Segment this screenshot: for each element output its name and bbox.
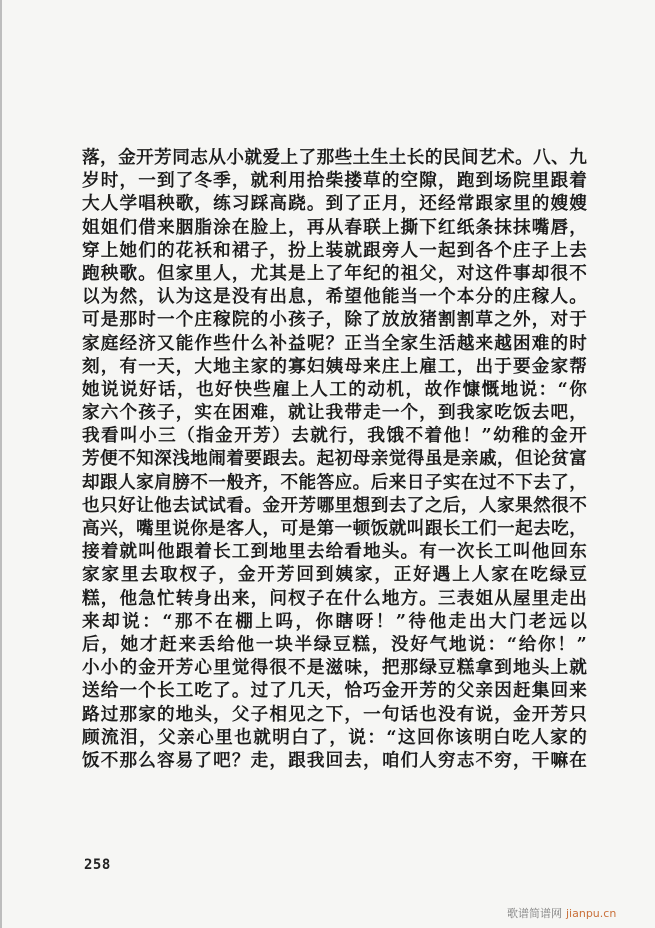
text-line: 家六个孩子，实在困难，就让我带走一个，到我家吃饭去吧， bbox=[82, 401, 587, 424]
text-line: 糕，他急忙转身出来，问杈子在什么地方。三表姐从屋里走出 bbox=[82, 587, 587, 610]
page-number: 258 bbox=[84, 857, 111, 873]
text-line: 顾流泪，父亲心里也就明白了，说：“这回你该明白吃人家的 bbox=[82, 726, 587, 749]
text-line: 穿上她们的花袄和裙子，扮上装就跟旁人一起到各个庄子上去 bbox=[82, 239, 587, 262]
text-line: 小小的金开芳心里觉得很不是滋味，把那绿豆糕拿到地头上就 bbox=[82, 656, 587, 679]
text-line: 跑秧歌。但家里人，尤其是上了年纪的祖父，对这件事却很不 bbox=[82, 262, 587, 285]
text-line: 芳便不知深浅地闹着要跟去。起初母亲觉得虽是亲戚，但论贫富 bbox=[82, 447, 587, 470]
text-line: 姐姐们借来胭脂涂在脸上，再从春联上撕下红纸条抹抹嘴唇， bbox=[82, 216, 587, 239]
text-line: 也只好让他去试试看。金开芳哪里想到去了之后，人家果然很不 bbox=[82, 494, 587, 517]
site-watermark: 歌谱简谱网jianpu.cn bbox=[507, 905, 616, 921]
text-line: 却跟人家肩膀不一般齐，不能答应。后来日子实在过不下去了， bbox=[82, 471, 587, 494]
text-line: 接着就叫他跟着长工到地里去给看地头。有一次长工叫他回东 bbox=[82, 540, 587, 563]
text-line: 后，她才赶来丢给他一块半绿豆糕，没好气地说：“给你！” bbox=[82, 633, 587, 656]
watermark-domain: jianpu.cn bbox=[566, 907, 616, 920]
text-line: 刻，有一天，大地主家的寡妇姨母来庄上雇工，出于要金家帮 bbox=[82, 355, 587, 378]
text-line: 以为然，认为这是没有出息，希望他能当一个本分的庄稼人。 bbox=[82, 285, 587, 308]
body-text: 落，金开芳同志从小就爱上了那些土生土长的民间艺术。八、九 岁时，一到了冬季，就利… bbox=[82, 146, 587, 772]
text-line: 大人学唱秧歌，练习踩高跷。到了正月，还经常跟家里的嫂嫂 bbox=[82, 192, 587, 215]
text-line: 我看叫小三（指金开芳）去就行，我饿不着他！”幼稚的金开 bbox=[82, 424, 587, 447]
text-line: 高兴，嘴里说你是客人，可是第一顿饭就叫跟长工们一起去吃， bbox=[82, 517, 587, 540]
text-line: 岁时，一到了冬季，就利用拾柴搂草的空隙，跑到场院里跟着 bbox=[82, 169, 587, 192]
watermark-site-name: 歌谱简谱网 bbox=[507, 907, 562, 920]
text-line: 家家里去取杈子，金开芳回到姨家，正好遇上人家在吃绿豆 bbox=[82, 563, 587, 586]
text-line: 家庭经济又能作些什么补益呢？正当全家生活越来越困难的时 bbox=[82, 332, 587, 355]
text-line: 路过那家的地头，父子相见之下，一句话也没有说，金开芳只 bbox=[82, 703, 587, 726]
text-line: 落，金开芳同志从小就爱上了那些土生土长的民间艺术。八、九 bbox=[82, 146, 587, 169]
book-page: 落，金开芳同志从小就爱上了那些土生土长的民间艺术。八、九 岁时，一到了冬季，就利… bbox=[0, 0, 655, 928]
text-line: 可是那时一个庄稼院的小孩子，除了放放猪割割草之外，对于 bbox=[82, 308, 587, 331]
text-line: 饭不那么容易了吧？走，跟我回去，咱们人穷志不穷，干嘛在 bbox=[82, 749, 587, 772]
text-line: 她说说好话，也好快些雇上人工的动机，故作慷慨地说：“你 bbox=[82, 378, 587, 401]
text-line: 来却说：“那不在棚上吗，你瞎呀！”待他走出大门老远以 bbox=[82, 610, 587, 633]
text-line: 送给一个长工吃了。过了几天，恰巧金开芳的父亲因赶集回来 bbox=[82, 679, 587, 702]
